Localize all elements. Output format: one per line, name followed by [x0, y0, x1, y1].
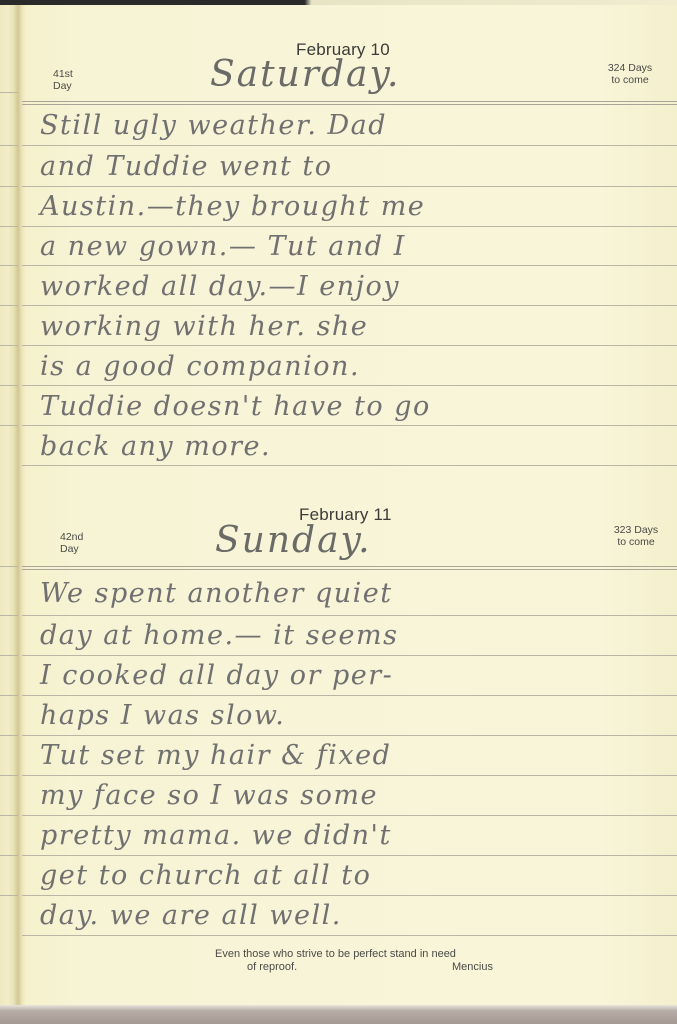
header-rule [22, 566, 677, 567]
days-to-come: 323 Days [606, 524, 666, 536]
left-page-rule [0, 775, 18, 776]
entry-2-line: haps I was slow. [40, 700, 285, 731]
entry-2-line: day. we are all well. [40, 900, 342, 931]
ruled-line [22, 815, 677, 816]
left-page-rule [0, 345, 18, 346]
entry-1-line: and Tuddie went to [40, 151, 333, 182]
ruled-line [22, 695, 677, 696]
quote-line-2: of reproof. [215, 961, 456, 974]
entry-1-line: Still ugly weather. Dad [40, 110, 387, 141]
entry-1-day-number: 41st Day [53, 68, 73, 92]
ruled-line [22, 775, 677, 776]
left-page-rule [0, 615, 18, 616]
left-page-rule [0, 92, 18, 93]
left-page-rule [0, 186, 18, 187]
entry-1-line: is a good companion. [40, 351, 360, 382]
entry-2-line: my face so I was some [40, 780, 378, 811]
entry-1-line: Tuddie doesn't have to go [40, 391, 431, 422]
ruled-line [22, 615, 677, 616]
quote-line-1: Even those who strive to be perfect stan… [215, 948, 456, 961]
entry-1-line: working with her. she [40, 311, 368, 342]
entry-1-line: a new gown.— Tut and I [40, 231, 406, 262]
entry-1-line: worked all day.—I enjoy [40, 271, 400, 302]
left-page-rule [0, 425, 18, 426]
ruled-line [22, 145, 677, 146]
ruled-line [22, 425, 677, 426]
left-page-rule [0, 815, 18, 816]
entry-1-line: back any more. [40, 431, 271, 462]
page-bottom-edge [0, 1005, 677, 1024]
to-come-label: to come [606, 536, 666, 548]
entry-1-line: Austin.—they brought me [40, 191, 425, 222]
left-page-rule [0, 145, 18, 146]
day-of-year: 41st [53, 68, 73, 80]
left-page-rule [0, 655, 18, 656]
left-page-rule [0, 385, 18, 386]
ruled-line [22, 345, 677, 346]
left-page-rule [0, 735, 18, 736]
entry-2-days-to-come: 323 Days to come [606, 524, 666, 548]
entry-2-line: pretty mama. we didn't [40, 820, 392, 851]
left-page-rule [0, 265, 18, 266]
left-page-rule [0, 695, 18, 696]
left-page-rule [0, 855, 18, 856]
entry-2-line: I cooked all day or per- [40, 660, 393, 691]
entry-2-line: We spent another quiet [40, 578, 393, 609]
ruled-line [22, 385, 677, 386]
entry-2-weekday: Sunday. [215, 520, 372, 561]
ruled-line [22, 735, 677, 736]
ruled-line [22, 895, 677, 896]
ruled-line [22, 186, 677, 187]
day-label: Day [53, 80, 73, 92]
left-page-rule [0, 566, 18, 567]
entry-2-line: day at home.— it seems [40, 620, 398, 651]
ruled-line [22, 226, 677, 227]
footer-quote: Even those who strive to be perfect stan… [215, 948, 456, 974]
header-rule [22, 101, 677, 102]
ruled-line [22, 855, 677, 856]
left-page-rule [0, 895, 18, 896]
entry-2-line: Tut set my hair & fixed [40, 740, 391, 771]
left-page-rule [0, 226, 18, 227]
entry-2-line: get to church at all to [40, 860, 371, 891]
to-come-label: to come [600, 74, 660, 86]
ruled-line [22, 265, 677, 266]
ruled-line [22, 465, 677, 466]
entry-1-weekday: Saturday. [210, 54, 401, 95]
ruled-line [22, 305, 677, 306]
entry-1-days-to-come: 324 Days to come [600, 62, 660, 86]
entry-2-day-number: 42nd Day [60, 531, 83, 555]
ruled-line [22, 935, 677, 936]
day-of-year: 42nd [60, 531, 83, 543]
ruled-line [22, 655, 677, 656]
day-label: Day [60, 543, 83, 555]
days-to-come: 324 Days [600, 62, 660, 74]
left-page-rule [0, 305, 18, 306]
quote-author: Mencius [452, 961, 493, 974]
